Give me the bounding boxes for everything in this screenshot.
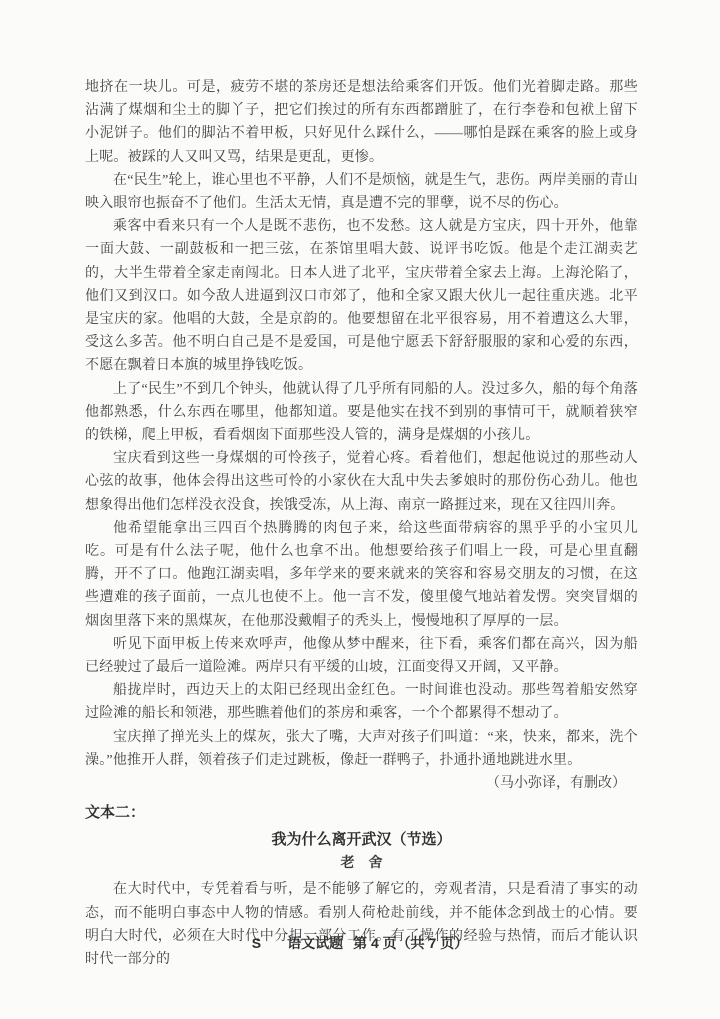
text1-body: 地挤在一块儿。可是，疲劳不堪的茶房还是想法给乘客们开饭。他们光着脚走路。那些沾满…: [85, 76, 638, 772]
page-content: 地挤在一块儿。可是，疲劳不堪的茶房还是想法给乘客们开饭。他们光着脚走路。那些沾满…: [85, 76, 638, 971]
text1-paragraph: 宝庆掸了掸光头上的煤灰，张大了嘴，大声对孩子们叫道：“来，快来，都来，洗个澡。”…: [85, 726, 638, 772]
text2-section-label: 文本二：: [85, 801, 638, 825]
text1-paragraph: 听见下面甲板上传来欢呼声，他像从梦中醒来，往下看，乘客们都在高兴，因为船已经驶过…: [85, 633, 638, 679]
footer-page-number: 第 4 页（共 7 页）: [353, 935, 468, 951]
page-footer: S语文试题第 4 页（共 7 页）: [0, 933, 720, 953]
text2-title: 我为什么离开武汉（节选）: [85, 828, 638, 852]
text1-paragraph: 上了“民生”不到几个钟头，他就认得了几乎所有同船的人。没过多久，船的每个角落他都…: [85, 378, 638, 448]
text1-paragraph: 宝庆看到这些一身煤烟的可怜孩子，觉着心疼。看着他们，想起他说过的那些动人心弦的故…: [85, 447, 638, 517]
text1-paragraph: 乘客中看来只有一个人是既不悲伤，也不发愁。这人就是方宝庆，四十开外，他靠一面大鼓…: [85, 215, 638, 377]
exam-page: 地挤在一块儿。可是，疲劳不堪的茶房还是想法给乘客们开饭。他们光着脚走路。那些沾满…: [0, 0, 720, 1019]
text2-paragraph: 在大时代中，专凭着看与听，是不能够了解它的，旁观者清，只是看清了事实的动态，而不…: [85, 878, 638, 971]
text2-body: 在大时代中，专凭着看与听，是不能够了解它的，旁观者清，只是看清了事实的动态，而不…: [85, 878, 638, 971]
footer-subject-code: S: [252, 935, 261, 951]
text1-paragraph: 地挤在一块儿。可是，疲劳不堪的茶房还是想法给乘客们开饭。他们光着脚走路。那些沾满…: [85, 76, 638, 169]
footer-exam-title: 语文试题: [287, 935, 343, 951]
text1-paragraph: 船拢岸时，西边天上的太阳已经现出金红色。一时间谁也没动。那些驾着船安然穿过险滩的…: [85, 679, 638, 725]
text1-paragraph: 在“民生”轮上，谁心里也不平静，人们不是烦恼，就是生气，悲伤。两岸美丽的青山映入…: [85, 169, 638, 215]
text2-author: 老 舍: [85, 852, 638, 875]
text1-attribution: （马小弥译，有删改）: [85, 772, 638, 795]
text1-paragraph: 他希望能拿出三四百个热腾腾的肉包子来，给这些面带病容的黑乎乎的小宝贝儿吃。可是有…: [85, 517, 638, 633]
